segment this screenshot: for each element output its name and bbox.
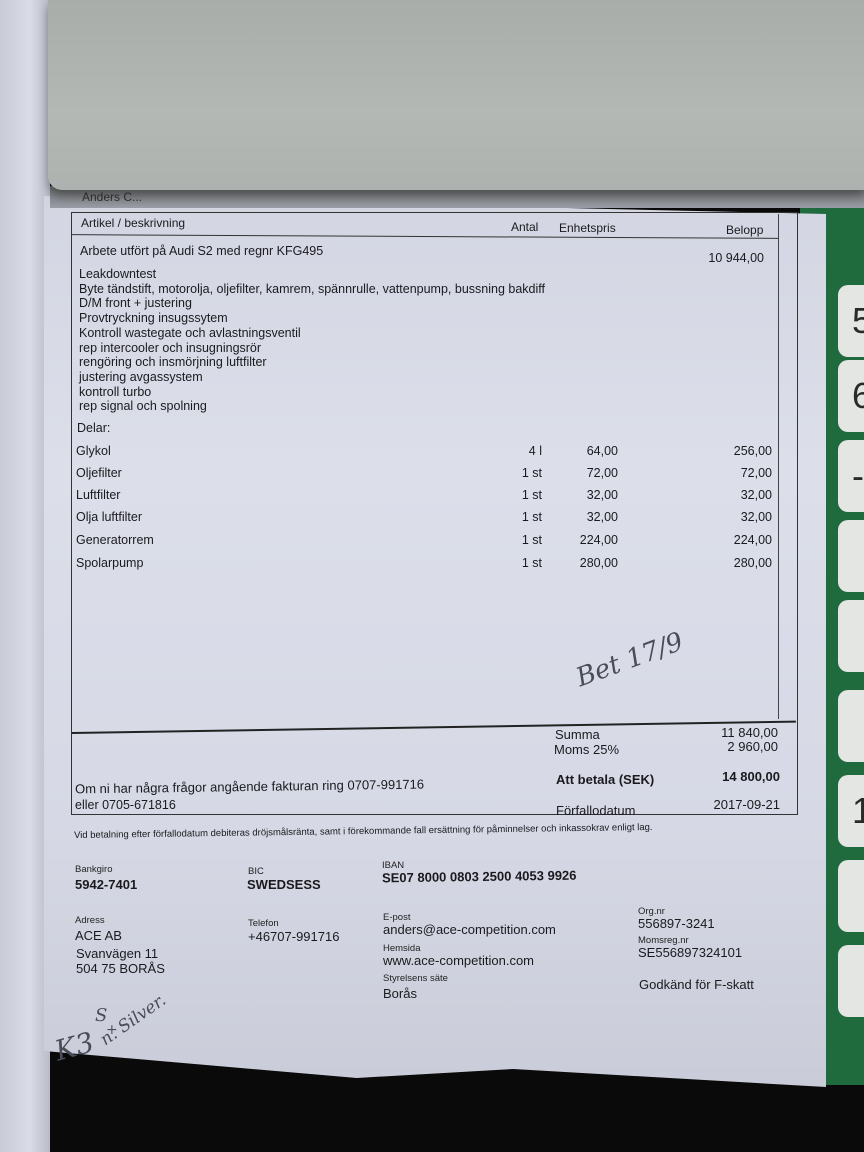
- part-unit-price: 32,00: [587, 510, 618, 524]
- work-amount: 10 944,00: [708, 251, 764, 265]
- vat-label: Moms 25%: [554, 742, 619, 757]
- part-quantity: 1 st: [522, 488, 542, 502]
- address-line-3: 504 75 BORÅS: [76, 961, 165, 976]
- binder-tab[interactable]: [838, 945, 864, 1017]
- binder-cover: [48, 0, 864, 190]
- binder-tab[interactable]: 1: [838, 775, 864, 847]
- iban-value: SE07 8000 0803 2500 4053 9926: [382, 868, 577, 886]
- col-header-unit-price: Enhetspris: [559, 221, 616, 235]
- work-line: rengöring och insmörjning luftfilter: [79, 355, 545, 370]
- part-name: Glykol: [76, 444, 111, 458]
- board-seat-value: Borås: [383, 986, 417, 1001]
- work-line: Byte tändstift, motorolja, oljefilter, k…: [79, 282, 545, 297]
- contact-note-2: eller 0705-671816: [75, 798, 176, 812]
- part-name: Generatorrem: [76, 533, 154, 547]
- binder-tab[interactable]: -: [838, 440, 864, 512]
- part-amount: 280,00: [734, 556, 772, 570]
- phone-value[interactable]: +46707-991716: [248, 929, 339, 944]
- amount-due-label: Att betala (SEK): [556, 772, 654, 787]
- due-date-value: 2017-09-21: [714, 797, 781, 812]
- part-amount: 32,00: [741, 488, 772, 502]
- part-amount: 32,00: [741, 510, 772, 524]
- part-name: Spolarpump: [76, 556, 143, 570]
- part-unit-price: 32,00: [587, 488, 618, 502]
- part-unit-price: 64,00: [587, 444, 618, 458]
- binder-tab[interactable]: 6: [838, 360, 864, 432]
- part-amount: 72,00: [741, 466, 772, 480]
- part-unit-price: 280,00: [580, 556, 618, 570]
- part-unit-price: 224,00: [580, 533, 618, 547]
- work-line: rep intercooler och insugningsrör: [79, 341, 545, 356]
- part-quantity: 1 st: [522, 510, 542, 524]
- col-header-description: Artikel / beskrivning: [81, 216, 185, 230]
- binder-tab[interactable]: [838, 600, 864, 672]
- work-line: Provtryckning insugssytem: [79, 311, 545, 326]
- phone-label: Telefon: [248, 918, 279, 929]
- vat-reg-value: SE556897324101: [638, 945, 742, 960]
- work-line: Leakdowntest: [79, 267, 545, 282]
- binder-tab[interactable]: 5: [838, 285, 864, 357]
- sum-label: Summa: [555, 727, 600, 742]
- parts-label: Delar:: [77, 421, 110, 435]
- part-name: Luftfilter: [76, 488, 120, 502]
- address-label: Adress: [75, 915, 105, 926]
- column-border: [778, 214, 779, 719]
- part-quantity: 1 st: [522, 466, 542, 480]
- address-line-1: ACE AB: [75, 928, 122, 943]
- work-line: kontroll turbo: [79, 385, 545, 400]
- work-line: justering avgassystem: [79, 370, 545, 385]
- work-line: D/M front + justering: [79, 296, 545, 311]
- bic-label: BIC: [248, 866, 264, 877]
- left-page-edge: [0, 0, 50, 1152]
- binder-tab[interactable]: [838, 520, 864, 592]
- board-seat-label: Styrelsens säte: [383, 973, 448, 984]
- part-quantity: 4 l: [529, 444, 542, 458]
- part-unit-price: 72,00: [587, 466, 618, 480]
- part-name: Olja luftfilter: [76, 510, 142, 524]
- binder-tab[interactable]: [838, 860, 864, 932]
- due-date-label: Förfallodatum: [556, 803, 635, 818]
- work-line: Kontroll wastegate och avlastningsventil: [79, 326, 545, 341]
- f-tax-approval: Godkänd för F-skatt: [639, 977, 754, 992]
- bic-value: SWEDSESS: [247, 877, 321, 892]
- part-quantity: 1 st: [522, 533, 542, 547]
- part-quantity: 1 st: [522, 556, 542, 570]
- part-name: Oljefilter: [76, 466, 122, 480]
- col-header-amount: Belopp: [726, 223, 763, 237]
- sender-name-fragment: Anders C...: [82, 190, 142, 204]
- work-line: rep signal och spolning: [79, 399, 545, 414]
- part-amount: 224,00: [734, 533, 772, 547]
- bankgiro-label: Bankgiro: [75, 864, 113, 875]
- email-value[interactable]: anders@ace-competition.com: [383, 922, 556, 937]
- vat-value: 2 960,00: [727, 739, 778, 754]
- amount-due-value: 14 800,00: [722, 769, 780, 784]
- bankgiro-value: 5942-7401: [75, 877, 137, 892]
- sum-value: 11 840,00: [721, 725, 778, 740]
- part-amount: 256,00: [734, 444, 772, 458]
- work-lines: LeakdowntestByte tändstift, motorolja, o…: [79, 267, 545, 414]
- col-header-quantity: Antal: [511, 220, 538, 234]
- address-line-2: Svanvägen 11: [76, 946, 158, 961]
- website-value[interactable]: www.ace-competition.com: [383, 953, 534, 968]
- binder-tab[interactable]: [838, 690, 864, 762]
- work-title: Arbete utfört på Audi S2 med regnr KFG49…: [80, 244, 323, 258]
- org-number-value: 556897-3241: [638, 916, 715, 931]
